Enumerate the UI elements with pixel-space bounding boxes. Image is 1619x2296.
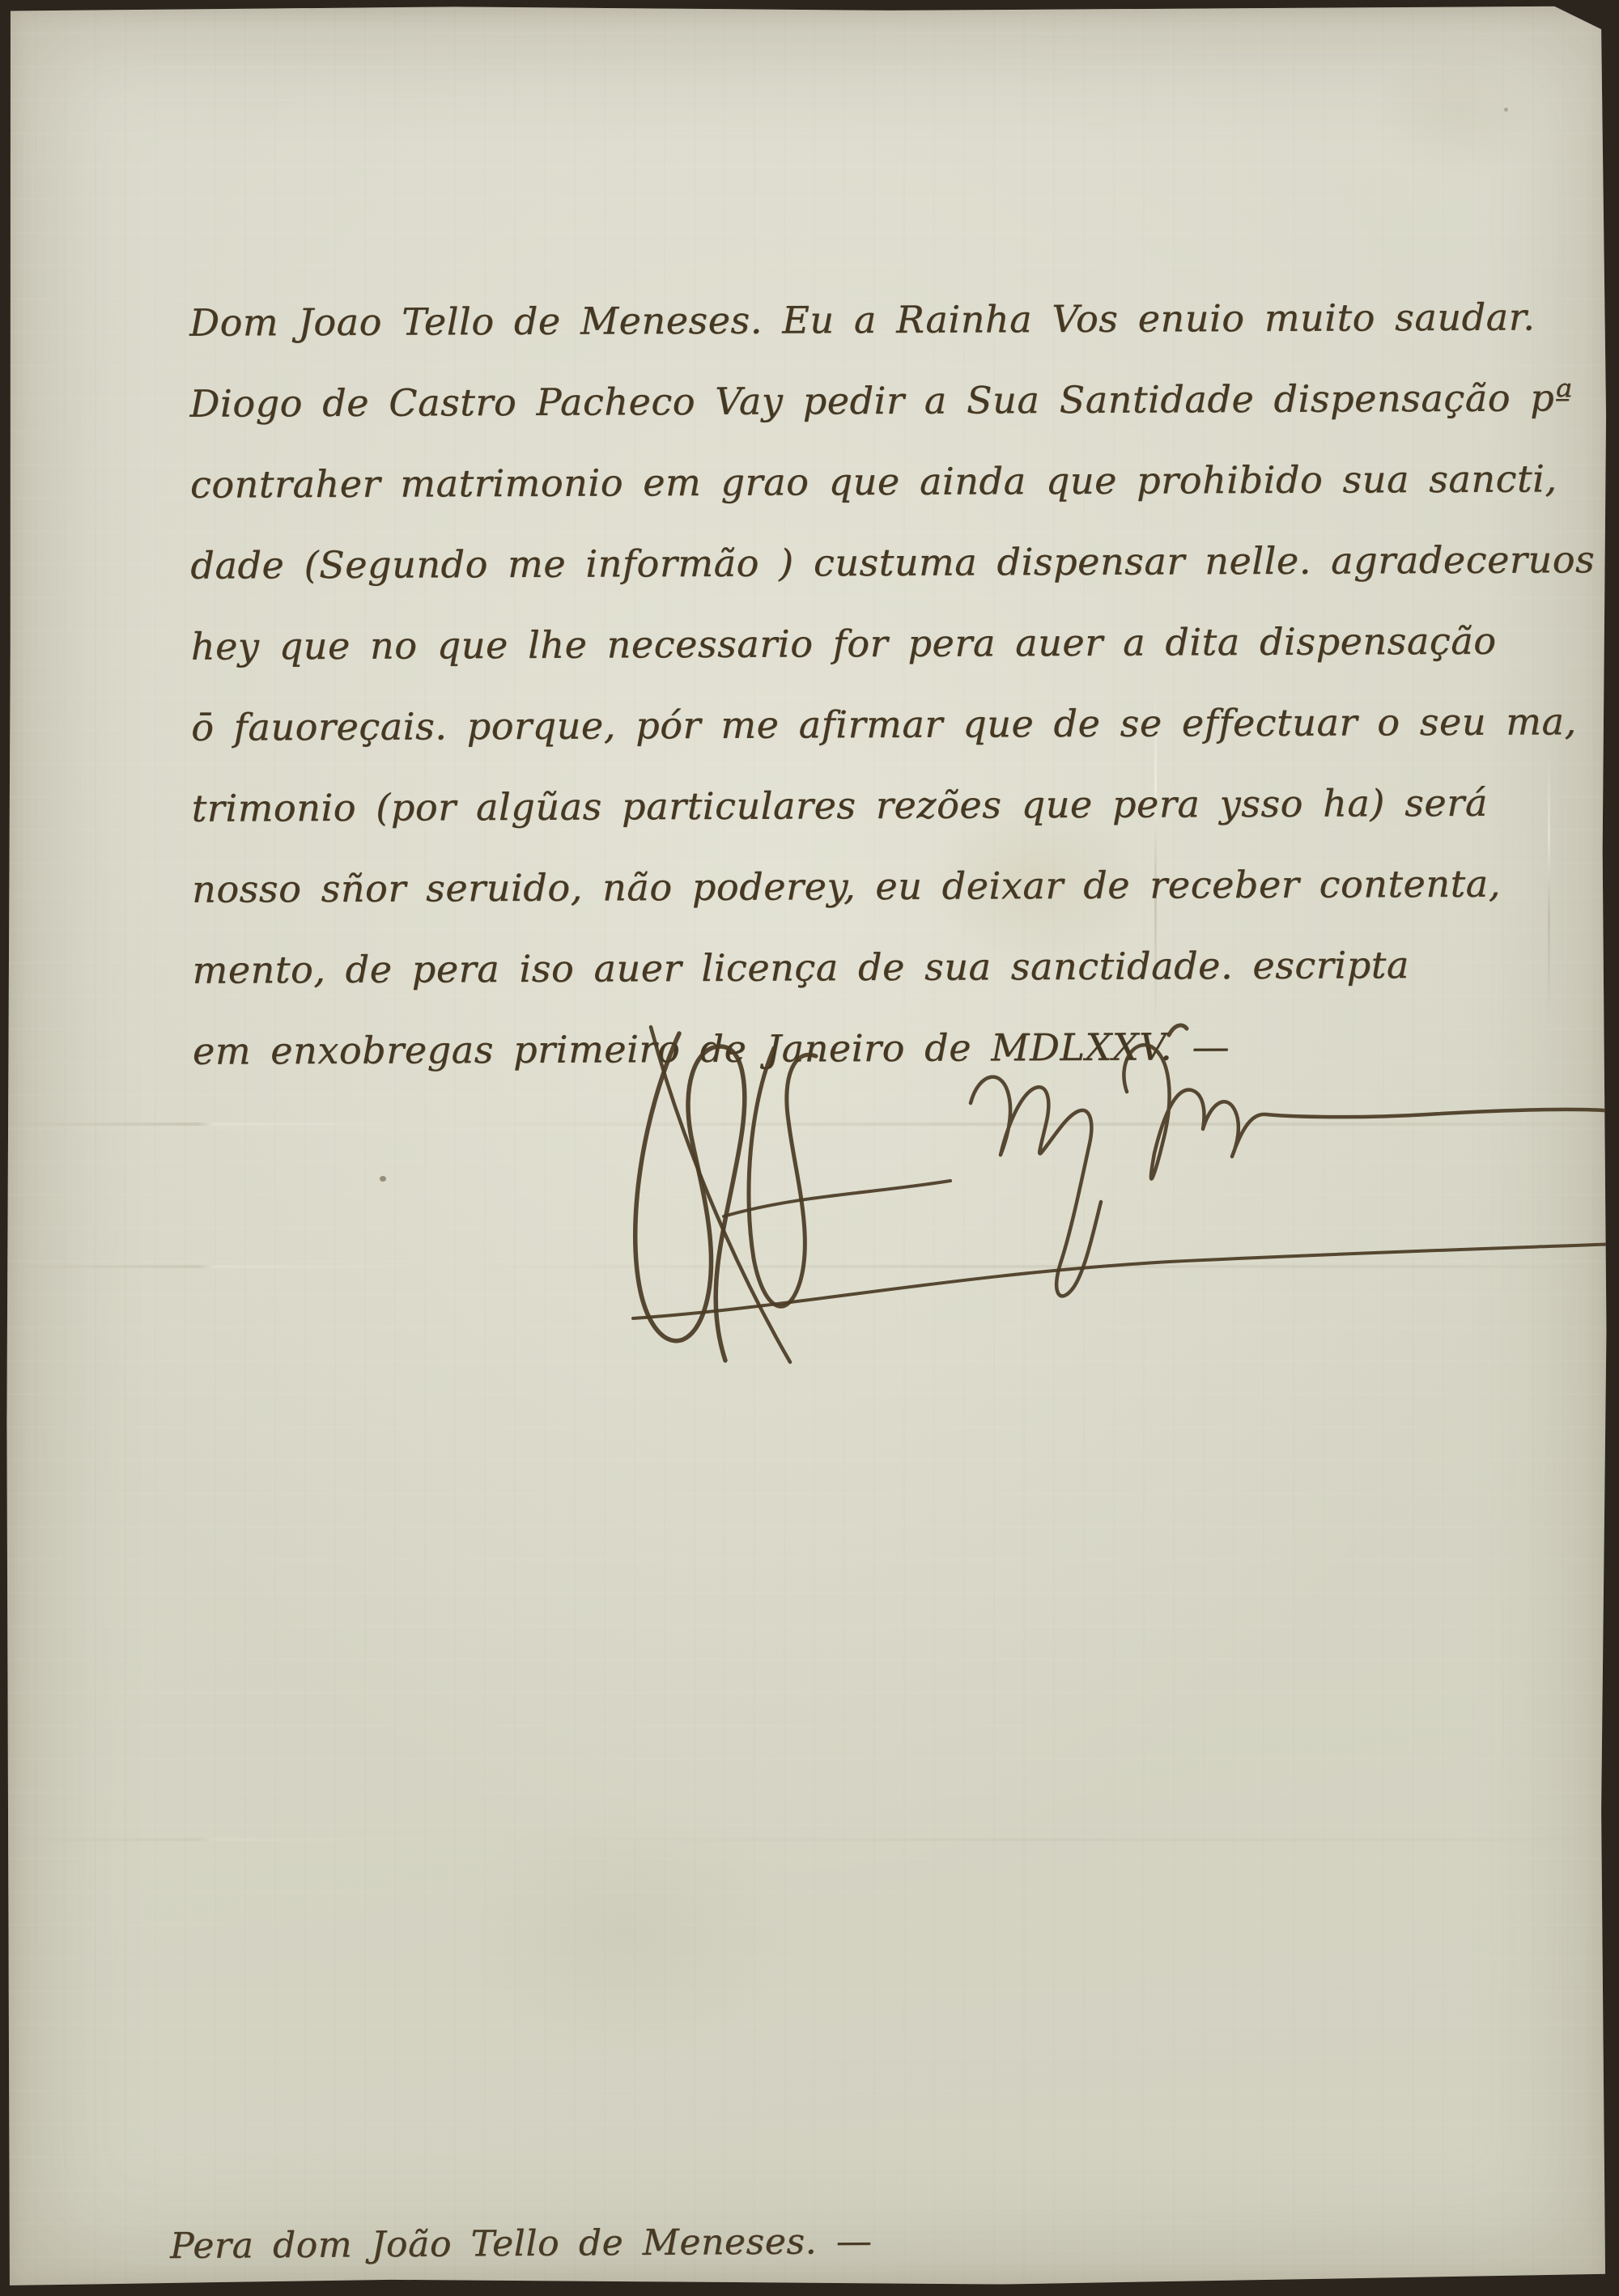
stain-mark <box>450 1809 798 2060</box>
signature-letters-stroke <box>1124 1045 1614 1178</box>
paper-sheet: Dom Joao Tello de Meneses. Eu a Rainha V… <box>5 4 1613 2291</box>
signature-accent-stroke <box>1169 1025 1187 1035</box>
signature-cross-stroke <box>724 1181 950 1216</box>
stain-mark <box>1373 45 1543 182</box>
fold-crease-horizontal <box>5 1838 1613 1841</box>
address-docket: Pera dom João Tello de Meneses. — <box>170 2221 873 2267</box>
signature-loop-stroke <box>749 1048 816 1306</box>
letter-line: Diogo de Castro Pacheco Vay pedir a Sua … <box>189 359 1566 445</box>
ink-speck <box>1504 108 1508 112</box>
letter-body: Dom Joao Tello de Meneses. Eu a Rainha V… <box>189 278 1569 1093</box>
letter-line: contraher matrimonio em grao que ainda q… <box>190 439 1566 526</box>
letter-line: mento, de pera iso auer licença de sua s… <box>192 925 1568 1012</box>
letter-line: hey que no que lhe necessario for pera a… <box>191 601 1567 688</box>
letter-line: ō fauoreçais. porque, pór me afirmar que… <box>191 682 1567 769</box>
signature-loop-stroke <box>635 1033 745 1360</box>
queen-signature: Raynha <box>602 1022 1619 1365</box>
letter-line: trimonio (por algũas particulares rezões… <box>191 763 1567 850</box>
ink-speck <box>380 1176 386 1182</box>
manuscript-photo: Dom Joao Tello de Meneses. Eu a Rainha V… <box>0 0 1619 2296</box>
letter-line: dade (Segundo me informão ) custuma disp… <box>190 520 1566 607</box>
letter-line: Dom Joao Tello de Meneses. Eu a Rainha V… <box>189 278 1566 364</box>
letter-line: nosso sñor seruido, não poderey, eu deix… <box>192 844 1568 931</box>
signature-letters-stroke <box>971 1077 1101 1297</box>
